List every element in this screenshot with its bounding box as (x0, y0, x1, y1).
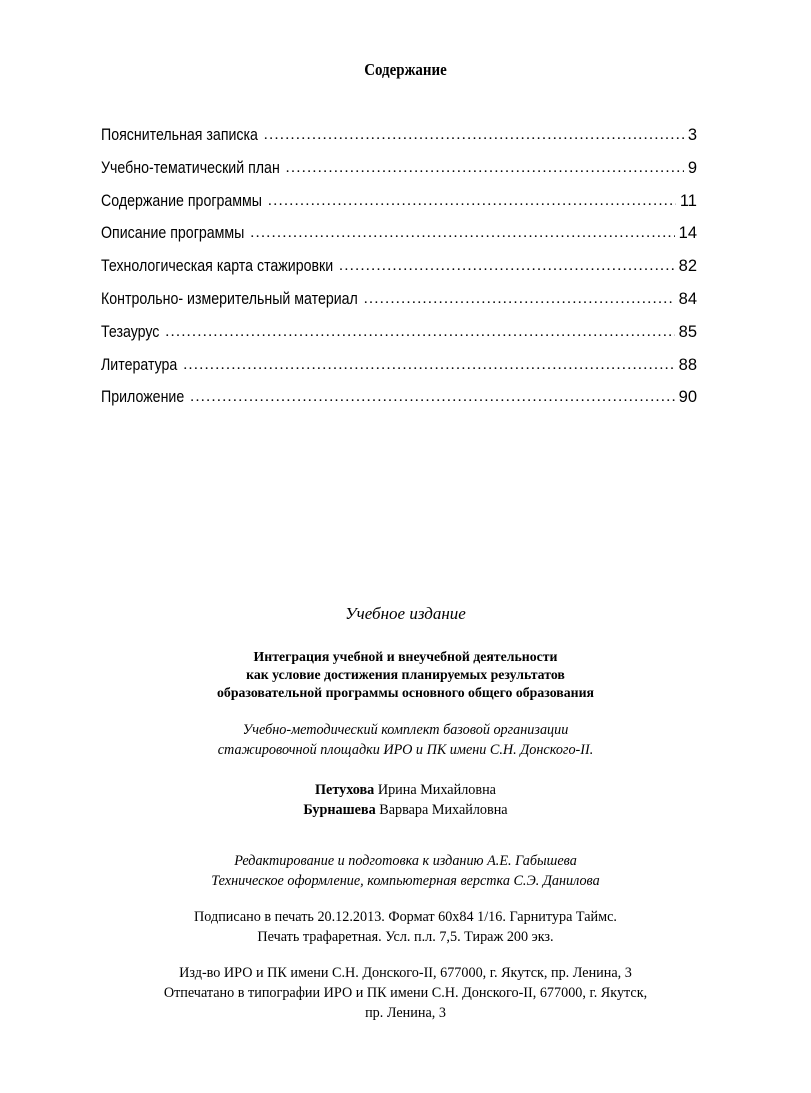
toc-entry-label: Технологическая карта стажировки (101, 254, 333, 278)
toc-entry[interactable]: Тезаурус ...............................… (101, 320, 701, 353)
toc-entry-label: Литература (101, 353, 177, 377)
toc-entry-page: 11 (680, 189, 697, 213)
toc-leader-dots: ........................................… (183, 353, 674, 377)
book-title-line: образовательной программы основного обще… (0, 684, 811, 702)
print-info: Подписано в печать 20.12.2013. Формат 60… (0, 907, 811, 947)
author-name: Варвара Михайловна (379, 802, 507, 818)
toc-entry-page: 82 (679, 254, 697, 278)
author-surname: Петухова (315, 782, 374, 798)
author: Бурнашева Варвара Михайловна (0, 800, 811, 820)
publisher-line: Отпечатано в типографии ИРО и ПК имени С… (0, 983, 811, 1003)
toc-entry[interactable]: Учебно-тематический план ...............… (101, 156, 701, 189)
toc-leader-dots: ........................................… (250, 221, 674, 245)
table-of-contents: Пояснительная записка ..................… (101, 123, 701, 418)
print-info-line: Печать трафаретная. Усл. п.л. 7,5. Тираж… (0, 927, 811, 947)
toc-entry-label: Учебно-тематический план (101, 156, 280, 180)
toc-entry-label: Содержание программы (101, 189, 262, 213)
toc-leader-dots: ........................................… (264, 123, 684, 147)
credit-line: Техническое оформление, компьютерная вер… (0, 871, 811, 891)
editorial-credits: Редактирование и подготовка к изданию А.… (0, 851, 811, 891)
toc-leader-dots: ........................................… (190, 385, 674, 409)
toc-entry-page: 14 (679, 221, 697, 245)
publisher-info: Изд-во ИРО и ПК имени С.Н. Донского-II, … (0, 963, 811, 1023)
toc-entry-page: 85 (679, 320, 697, 344)
authors: Петухова Ирина Михайловна Бурнашева Варв… (0, 780, 811, 820)
toc-leader-dots: ........................................… (268, 189, 676, 213)
toc-entry-label: Пояснительная записка (101, 123, 258, 147)
credit-line: Редактирование и подготовка к изданию А.… (0, 851, 811, 871)
toc-entry-page: 3 (688, 123, 697, 147)
toc-leader-dots: ........................................… (286, 156, 684, 180)
umk-line: Учебно-методический комплект базовой орг… (0, 720, 811, 740)
toc-entry[interactable]: Содержание программы ...................… (101, 189, 701, 222)
author-surname: Бурнашева (303, 802, 375, 818)
toc-entry-label: Контрольно- измерительный материал (101, 287, 358, 311)
toc-leader-dots: ........................................… (339, 254, 674, 278)
umk-line: стажировочной площадки ИРО и ПК имени С.… (0, 740, 811, 760)
author-name: Ирина Михайловна (378, 782, 496, 798)
toc-entry[interactable]: Контрольно- измерительный материал .....… (101, 287, 701, 320)
publisher-line: пр. Ленина, 3 (0, 1003, 811, 1023)
author: Петухова Ирина Михайловна (0, 780, 811, 800)
toc-entry[interactable]: Пояснительная записка ..................… (101, 123, 701, 156)
toc-entry-page: 9 (688, 156, 697, 180)
print-info-line: Подписано в печать 20.12.2013. Формат 60… (0, 907, 811, 927)
toc-entry-label: Описание программы (101, 221, 244, 245)
toc-entry-label: Приложение (101, 385, 184, 409)
toc-entry-page: 84 (679, 287, 697, 311)
toc-title: Содержание (49, 60, 763, 80)
toc-entry-page: 88 (679, 353, 697, 377)
toc-entry-page: 90 (679, 385, 697, 409)
umk-description: Учебно-методический комплект базовой орг… (0, 720, 811, 760)
book-title: Интеграция учебной и внеучебной деятельн… (0, 648, 811, 702)
toc-leader-dots: ........................................… (364, 287, 675, 311)
edition-label: Учебное издание (0, 604, 811, 624)
book-title-line: как условие достижения планируемых резул… (0, 666, 811, 684)
book-title-line: Интеграция учебной и внеучебной деятельн… (0, 648, 811, 666)
toc-leader-dots: ........................................… (165, 320, 674, 344)
publisher-line: Изд-во ИРО и ПК имени С.Н. Донского-II, … (0, 963, 811, 983)
toc-entry-label: Тезаурус (101, 320, 159, 344)
toc-entry[interactable]: Литература .............................… (101, 353, 701, 386)
toc-entry[interactable]: Приложение .............................… (101, 385, 701, 418)
toc-entry[interactable]: Технологическая карта стажировки .......… (101, 254, 701, 287)
toc-entry[interactable]: Описание программы .....................… (101, 221, 701, 254)
